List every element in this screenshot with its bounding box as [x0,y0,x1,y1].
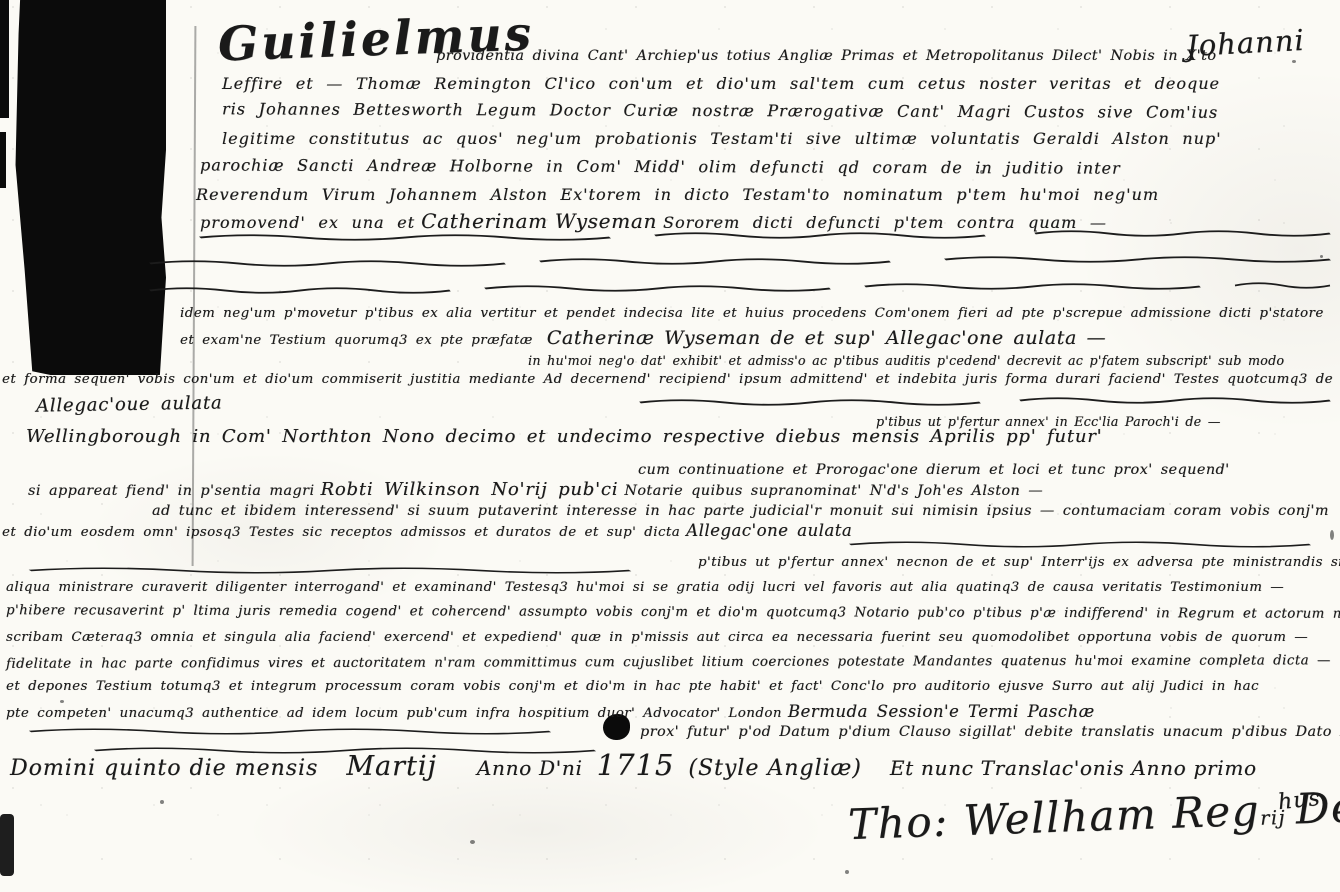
pen-flourish-line [30,727,550,736]
manuscript-line: legitime constitutus ac quos' neg'um pro… [222,129,1222,148]
manuscript-line: Leffire et — Thomæ Remington Cl'ico con'… [222,74,1220,93]
paper-speck [980,170,984,174]
manuscript-line: prox' futur' p'od Datum p'dium Clauso si… [640,724,1340,740]
pen-flourish-line [540,257,890,266]
line-segment: Allegac'one aulata [686,521,852,540]
pen-flourish-line [200,233,610,242]
line-segment: promovend' ex una et [200,213,415,232]
paper-speck [60,700,64,703]
line-segment: Catherinæ Wyseman de et sup' Allegac'one… [547,327,1106,349]
pen-flourish-line [1235,281,1330,290]
name-johanni: Johanni [1185,23,1305,63]
date-month: Martij [346,751,437,782]
manuscript-line: scribam Cæteraq3 omnia et singula alia f… [6,630,1308,645]
pen-flourish-line [865,282,1200,291]
manuscript-line: ris Johannes Bettesworth Legum Doctor Cu… [222,99,1218,121]
place-line: Wellingborough in Com' Northton Nono dec… [26,426,1102,447]
signature: Tho: Wellham Regrij Deptus [847,780,1340,849]
manuscript-line: in hu'moi neg'o dat' exhibit' et admiss'… [528,353,1284,368]
manuscript-line: et depones Testium totumq3 et integrum p… [6,679,1259,694]
paper-speck [1330,530,1334,540]
name-catherine-wyseman: Catherinam Wyseman [421,209,657,233]
manuscript-line: et exam'ne Testium quorumq3 ex pte præfa… [180,327,1106,349]
pen-flourish-line [655,231,985,240]
pen-flourish-line [850,540,1310,549]
date-style-note: (Style Angliæ) [688,756,861,781]
manuscript-line: Reverendum Virum Johannem Alston Ex'tore… [196,185,1159,204]
manuscript-line: Allegac'oue aulata [36,392,223,416]
pen-flourish-line [150,259,505,268]
pen-flourish-line [485,284,830,293]
date-year: 1715 [597,748,675,782]
manuscript-line: p'hibere recusaverint p' ltima juris rem… [6,603,1340,622]
manuscript-line: fidelitate in hac parte confidimus vires… [6,653,1331,671]
page-edge-mark [0,132,6,188]
manuscript-line: ad tunc et ibidem interessend' si suum p… [152,503,1329,519]
manuscript-line: aliqua ministrare curaverit diligenter i… [6,580,1284,595]
manuscript-line: si appareat fiend' in p'sentia magri Rob… [28,479,1043,500]
signature-superscript-float: hus [1277,786,1322,815]
signature-name: Tho: Wellham Reg [847,786,1260,849]
line-segment: si appareat fiend' in p'sentia magri [28,483,315,499]
date-segment: Anno D'ni [477,756,583,780]
manuscript-line: p'tibus ut p'fertur annex' necnon de et … [698,555,1340,570]
pen-flourish-line [945,255,1330,264]
date-segment: Et nunc Translac'onis Anno primo [890,756,1257,780]
manuscript-line: et forma sequen' vobis con'um et dio'um … [2,372,1340,387]
pen-flourish-line [150,286,450,295]
paper-speck [470,840,475,844]
paper-speck [845,870,849,874]
pen-flourish-line [1035,229,1330,238]
page-edge-smudge [0,814,14,876]
manuscript-page: Guilielmus providentia divina Cant' Arch… [0,0,1340,892]
pen-flourish-line [1020,396,1330,405]
manuscript-line: providentia divina Cant' Archiep'us toti… [436,48,1216,64]
line-segment: et dio'um eosdem omn' ipsosq3 Testes sic… [2,525,680,540]
line-segment: pte competen' unacumq3 authentice ad ide… [6,706,782,721]
pen-flourish-line [640,398,980,407]
page-edge-mark [0,0,9,118]
paper-speck [1320,255,1323,258]
line-segment: et exam'ne Testium quorumq3 ex pte præfa… [180,333,533,348]
date-line: Domini quinto die mensis Martij Anno D'n… [10,748,1257,782]
manuscript-line: promovend' ex una et Catherinam Wyseman … [200,209,1107,233]
manuscript-line: pte competen' unacumq3 authentice ad ide… [6,702,1095,721]
manuscript-line: parochiæ Sancti Andreæ Holborne in Com' … [200,155,1121,177]
date-segment: Domini quinto die mensis [10,756,318,781]
manuscript-line: cum continuatione et Prorogac'one dierum… [638,462,1230,478]
paper-speck [160,800,164,804]
line-segment: Bermuda Session'e Termi Paschæ [788,702,1095,721]
manuscript-line: et dio'um eosdem omn' ipsosq3 Testes sic… [2,521,852,540]
paper-speck [1292,60,1296,63]
name-notary: Robti Wilkinson No'rij pub'ci [321,479,619,500]
manuscript-line: idem neg'um p'movetur p'tibus ex alia ve… [180,306,1324,321]
line-segment: Notarie quibus supranominat' N'd's Joh'e… [624,483,1043,499]
redaction-block [14,0,166,375]
pen-flourish-line [30,566,630,575]
